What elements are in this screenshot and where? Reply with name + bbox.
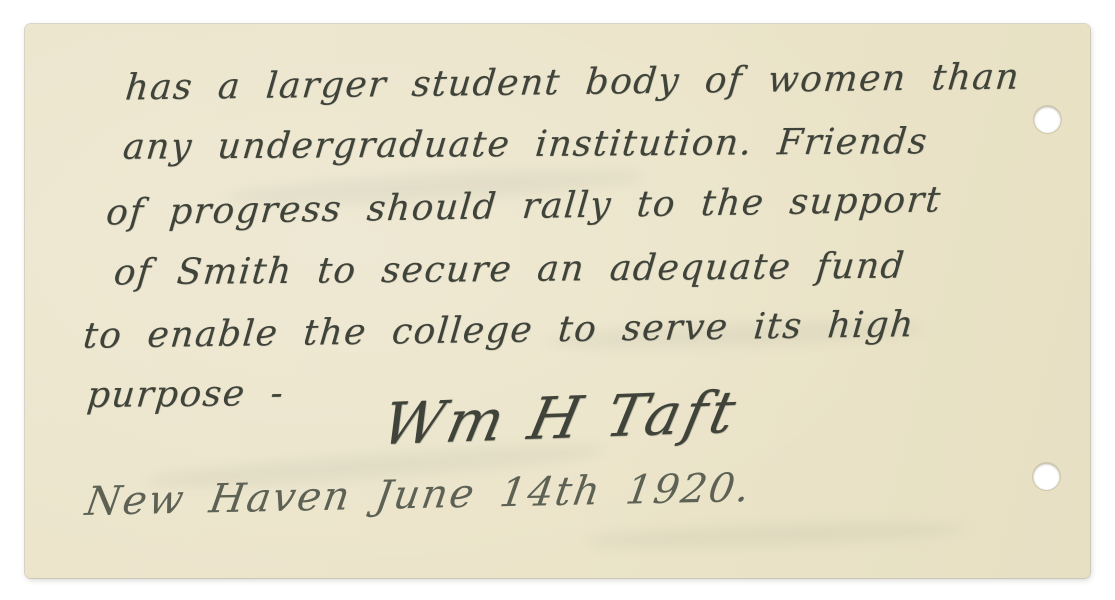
manuscript-page: has a larger student body of women than … <box>25 24 1090 578</box>
handwritten-line: any undergraduate institution. Friends <box>121 121 930 168</box>
handwritten-line: of Smith to secure an adequate fund <box>112 246 907 294</box>
punch-hole-bottom <box>1033 463 1060 490</box>
handwritten-line: purpose - <box>85 373 286 416</box>
handwritten-line: of progress should rally to the support <box>104 179 943 233</box>
signature: Wm H Taft <box>376 378 745 458</box>
handwritten-line: to enable the college to serve its high <box>81 304 916 357</box>
handwritten-line: has a larger student body of women than <box>124 57 1022 109</box>
punch-hole-top <box>1034 106 1061 133</box>
scan-background: has a larger student body of women than … <box>0 0 1115 600</box>
